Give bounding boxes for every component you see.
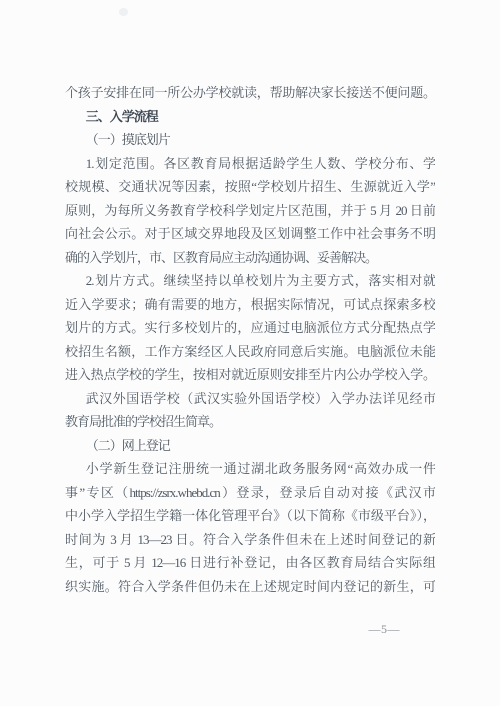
subsection-heading: （一）摸底划片 bbox=[65, 128, 435, 152]
body-line: 武汉外国语学校（武汉实验外国语学校）入学办法详见经市 bbox=[65, 387, 435, 411]
body-line: 向社会公示。对于区域交界地段及区划调整工作中社会事务不明 bbox=[65, 222, 435, 246]
document-page: 个孩子安排在同一所公办学校就读，帮助解决家长接送不便问题。 三、入学流程 （一）… bbox=[0, 0, 500, 706]
body-line: 校招生名额，工作方案经区人民政府同意后实施。电脑派位未能 bbox=[65, 340, 435, 364]
body-line: 事”专区（https://zsrx.whebd.cn）登录，登录后自动对接《武汉… bbox=[65, 481, 435, 505]
body-line: 1.划定范围。各区教育局根据适龄学生人数、学校分布、学 bbox=[65, 152, 435, 176]
body-line: 确的入学划片，市、区教育局应主动沟通协调、妥善解决。 bbox=[65, 246, 435, 270]
document-body: 个孩子安排在同一所公办学校就读，帮助解决家长接送不便问题。 三、入学流程 （一）… bbox=[65, 81, 435, 598]
scan-smudge bbox=[119, 8, 128, 16]
body-line: 2.划片方式。继续坚持以单校划片为主要方式，落实相对就 bbox=[65, 269, 435, 293]
body-line: 校规模、交通状况等因素，按照“学校划片招生、生源就近入学” bbox=[65, 175, 435, 199]
body-line: 时间为 3 月 13—23 日。符合入学条件但未在上述时间登记的新 bbox=[65, 528, 435, 552]
body-line: 生，可于 5 月 12—16 日进行补登记，由各区教育局结合实际组 bbox=[65, 551, 435, 575]
body-line: 小学新生登记注册统一通过湖北政务服务网“高效办成一件 bbox=[65, 457, 435, 481]
subsection-heading: （二）网上登记 bbox=[65, 434, 435, 458]
section-heading: 三、入学流程 bbox=[65, 105, 435, 129]
body-line: 织实施。符合入学条件但仍未在上述规定时间内登记的新生，可 bbox=[65, 575, 435, 599]
body-line: 划片的方式。实行多校划片的，应通过电脑派位方式分配热点学 bbox=[65, 316, 435, 340]
body-line: 教育局批准的学校招生简章。 bbox=[65, 410, 435, 434]
page-number: —5— bbox=[369, 622, 401, 636]
body-line: 进入热点学校的学生，按相对就近原则安排至片内公办学校入学。 bbox=[65, 363, 435, 387]
body-line: 近入学要求；确有需要的地方，根据实际情况，可试点探索多校 bbox=[65, 293, 435, 317]
body-line: 个孩子安排在同一所公办学校就读，帮助解决家长接送不便问题。 bbox=[65, 81, 435, 105]
body-line: 中小学入学招生学籍一体化管理平台》（以下简称《市级平台》）， bbox=[65, 504, 435, 528]
body-line: 原则，为每所义务教育学校科学划定片区范围，并于 5 月 20 日前 bbox=[65, 199, 435, 223]
